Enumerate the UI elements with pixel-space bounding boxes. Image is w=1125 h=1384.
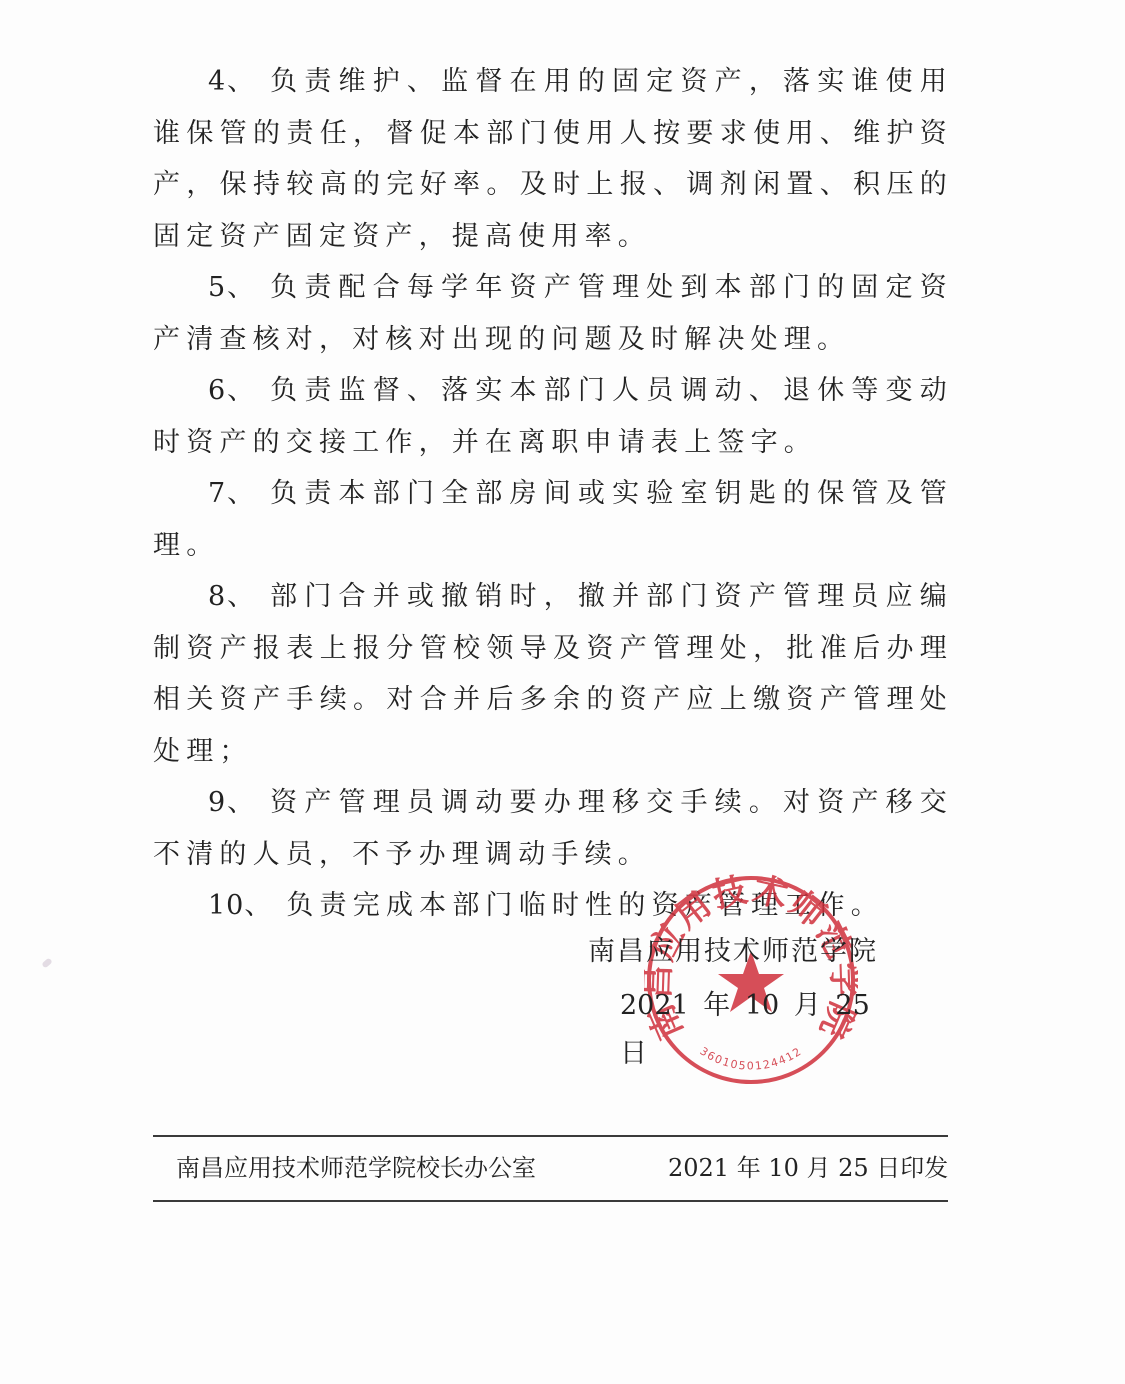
paragraph-text: 负责维护、监督在用的固定资产，落实谁使用谁保管的责任，督促本部门使用人按要求使用… [153, 66, 953, 252]
signature-date: 2021 年 10 月 25 日 [620, 982, 888, 1078]
signature-organization: 南昌应用技术师范学院 [588, 928, 888, 976]
item-number: 5、 [208, 272, 256, 303]
footer-divider-top [153, 1135, 948, 1137]
paragraph-item-4: 4、负责维护、监督在用的固定资产，落实谁使用谁保管的责任，督促本部门使用人按要求… [153, 56, 953, 262]
paragraph-item-7: 7、负责本部门全部房间或实验室钥匙的保管及管理。 [153, 468, 953, 571]
item-number: 6、 [208, 375, 256, 406]
footer-issuer: 南昌应用技术师范学院校长办公室 [176, 1148, 536, 1183]
document-page: 4、负责维护、监督在用的固定资产，落实谁使用谁保管的责任，督促本部门使用人按要求… [0, 0, 1125, 1384]
paragraph-item-9: 9、资产管理员调动要办理移交手续。对资产移交不清的人员，不予办理调动手续。 [153, 777, 953, 880]
item-number: 4、 [208, 66, 256, 97]
item-number: 10、 [208, 890, 272, 921]
footer-issue-date: 2021 年 10 月 25 日印发 [668, 1148, 948, 1183]
paragraph-text: 负责配合每学年资产管理处到本部门的固定资产清查核对，对核对出现的问题及时解决处理… [153, 272, 953, 355]
document-body: 4、负责维护、监督在用的固定资产，落实谁使用谁保管的责任，督促本部门使用人按要求… [153, 56, 953, 932]
paragraph-text: 资产管理员调动要办理移交手续。对资产移交不清的人员，不予办理调动手续。 [153, 787, 953, 870]
footer-divider-bottom [153, 1200, 948, 1202]
item-number: 8、 [208, 581, 256, 612]
paragraph-item-6: 6、负责监督、落实本部门人员调动、退休等变动时资产的交接工作，并在离职申请表上签… [153, 365, 953, 468]
paragraph-text: 部门合并或撤销时，撤并部门资产管理员应编制资产报表上报分管校领导及资产管理处，批… [153, 581, 953, 767]
paragraph-item-5: 5、负责配合每学年资产管理处到本部门的固定资产清查核对，对核对出现的问题及时解决… [153, 262, 953, 365]
scan-speck [41, 957, 53, 968]
item-number: 7、 [208, 478, 256, 509]
paragraph-item-8: 8、部门合并或撤销时，撤并部门资产管理员应编制资产报表上报分管校领导及资产管理处… [153, 571, 953, 777]
paragraph-text: 负责本部门全部房间或实验室钥匙的保管及管理。 [153, 478, 953, 561]
item-number: 9、 [208, 787, 256, 818]
paragraph-text: 负责监督、落实本部门人员调动、退休等变动时资产的交接工作，并在离职申请表上签字。 [153, 375, 953, 458]
signature-block: 南昌应用技术师范学院 2021 年 10 月 25 日 [588, 928, 888, 1078]
